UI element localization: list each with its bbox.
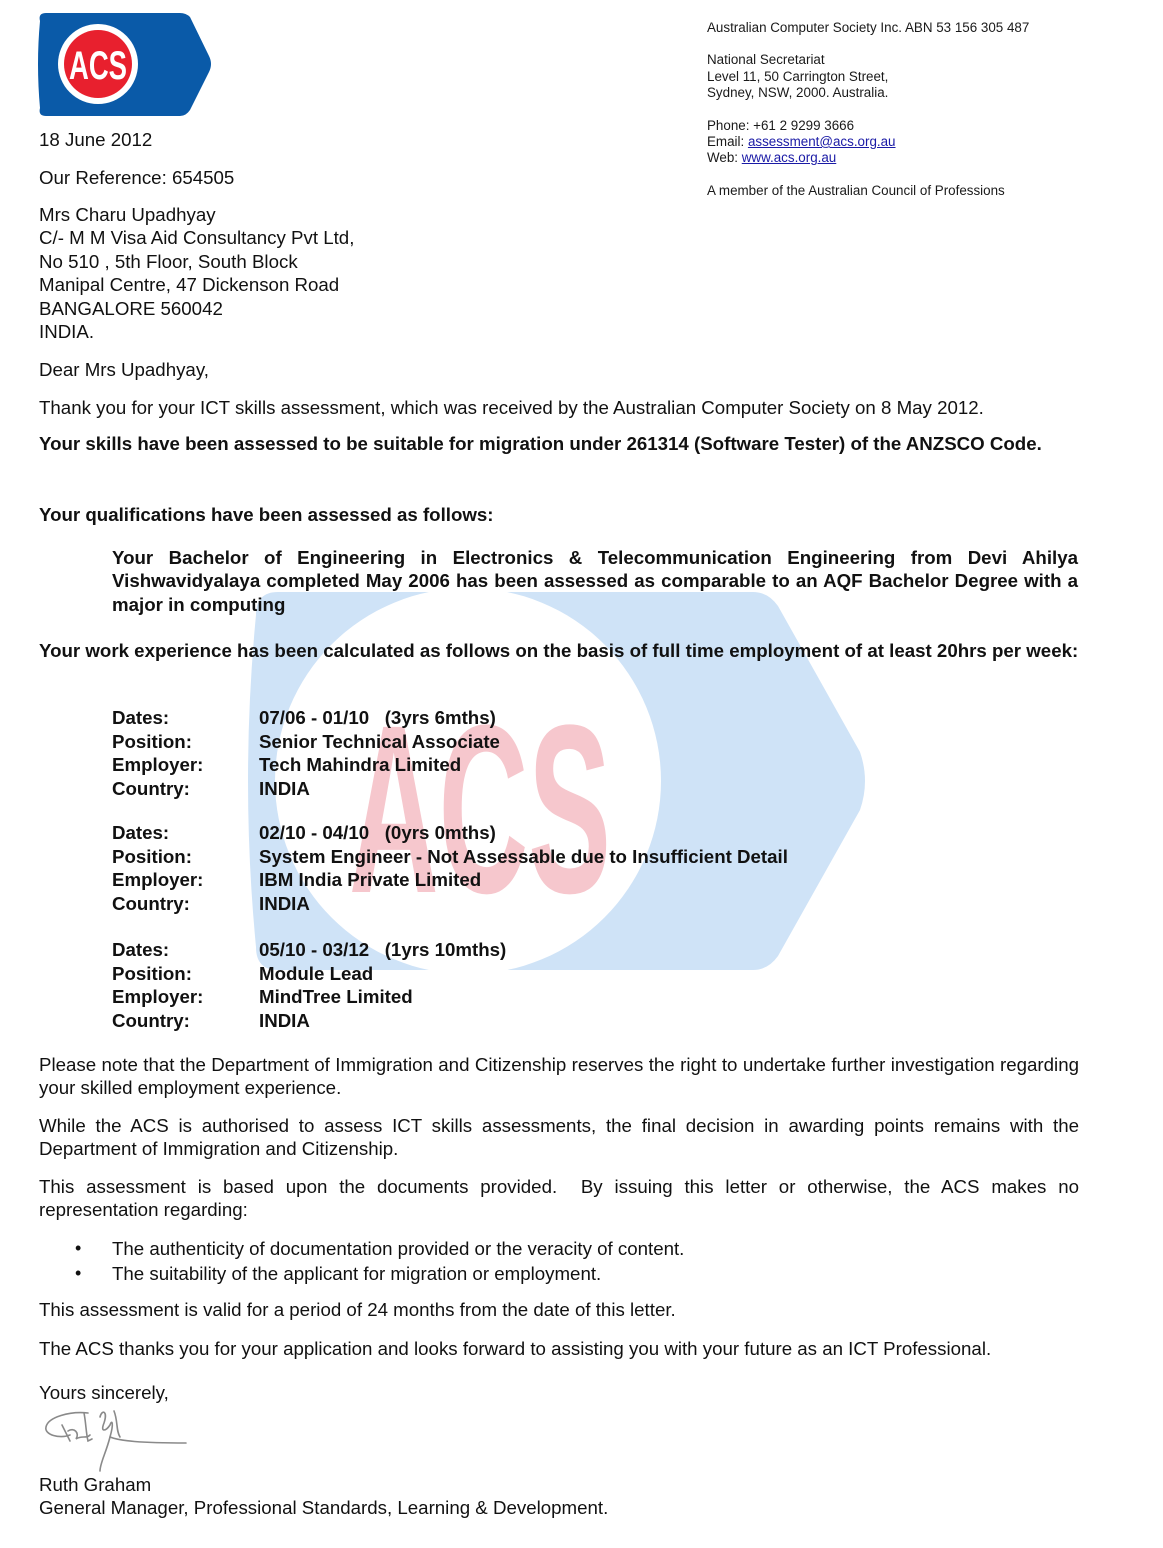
qualifications-heading: Your qualifications have been assessed a… <box>39 503 494 526</box>
job-employer: IBM India Private Limited <box>259 868 481 892</box>
documents-note: This assessment is based upon the docume… <box>39 1175 1079 1222</box>
job-employer: MindTree Limited <box>259 985 413 1009</box>
dates-label: Dates: <box>112 821 259 845</box>
org-office: National Secretariat <box>707 52 1029 68</box>
organisation-details: Australian Computer Society Inc. ABN 53 … <box>707 20 1029 199</box>
org-address-line: Sydney, NSW, 2000. Australia. <box>707 85 1029 101</box>
work-experience-heading: Your work experience has been calculated… <box>39 639 1079 662</box>
recipient-line: C/- M M Visa Aid Consultancy Pvt Ltd, <box>39 226 354 249</box>
email-link[interactable]: assessment@acs.org.au <box>748 134 896 149</box>
recipient-line: Mrs Charu Upadhyay <box>39 203 354 226</box>
salutation: Dear Mrs Upadhyay, <box>39 358 209 381</box>
recipient-line: INDIA. <box>39 320 354 343</box>
recipient-line: BANGALORE 560042 <box>39 297 354 320</box>
svg-text:ACS: ACS <box>69 44 127 88</box>
country-label: Country: <box>112 777 259 801</box>
job-dates: 07/06 - 01/10 (3yrs 6mths) <box>259 706 496 730</box>
job-position: Senior Technical Associate <box>259 730 500 754</box>
job-position: System Engineer - Not Assessable due to … <box>259 845 788 869</box>
employer-label: Employer: <box>112 753 259 777</box>
recipient-line: No 510 , 5th Floor, South Block <box>39 250 354 273</box>
job-country: INDIA <box>259 892 310 916</box>
disclaimer-list: •The authenticity of documentation provi… <box>39 1237 684 1287</box>
position-label: Position: <box>112 962 259 986</box>
web-label: Web: <box>707 150 742 165</box>
bullet-icon: • <box>39 1237 112 1262</box>
closing-thanks: The ACS thanks you for your application … <box>39 1337 991 1360</box>
employer-label: Employer: <box>112 868 259 892</box>
web-link[interactable]: www.acs.org.au <box>742 150 837 165</box>
job-dates: 02/10 - 04/10 (0yrs 0mths) <box>259 821 496 845</box>
signature-image <box>40 1405 190 1473</box>
org-name: Australian Computer Society Inc. ABN 53 … <box>707 20 1029 36</box>
points-note: While the ACS is authorised to assess IC… <box>39 1114 1079 1161</box>
dates-label: Dates: <box>112 938 259 962</box>
employment-entry: Dates:05/10 - 03/12 (1yrs 10mths) Positi… <box>112 938 506 1032</box>
skills-result: Your skills have been assessed to be sui… <box>39 432 1079 455</box>
employment-entry: Dates:07/06 - 01/10 (3yrs 6mths) Positio… <box>112 706 500 800</box>
immigration-note: Please note that the Department of Immig… <box>39 1053 1079 1100</box>
country-label: Country: <box>112 1009 259 1033</box>
org-phone: Phone: +61 2 9299 3666 <box>707 118 1029 134</box>
recipient-address: Mrs Charu Upadhyay C/- M M Visa Aid Cons… <box>39 203 354 343</box>
job-position: Module Lead <box>259 962 373 986</box>
email-label: Email: <box>707 134 748 149</box>
org-membership: A member of the Australian Council of Pr… <box>707 183 1029 199</box>
qualification-detail: Your Bachelor of Engineering in Electron… <box>112 546 1078 616</box>
position-label: Position: <box>112 845 259 869</box>
signer-name: Ruth Graham <box>39 1473 151 1496</box>
thanks-paragraph: Thank you for your ICT skills assessment… <box>39 396 1079 419</box>
dates-label: Dates: <box>112 706 259 730</box>
country-label: Country: <box>112 892 259 916</box>
org-address-line: Level 11, 50 Carrington Street, <box>707 69 1029 85</box>
sign-off: Yours sincerely, <box>39 1381 169 1404</box>
job-country: INDIA <box>259 1009 310 1033</box>
position-label: Position: <box>112 730 259 754</box>
job-dates: 05/10 - 03/12 (1yrs 10mths) <box>259 938 506 962</box>
reference-number: Our Reference: 654505 <box>39 166 234 189</box>
bullet-icon: • <box>39 1262 112 1287</box>
list-item: •The authenticity of documentation provi… <box>39 1237 684 1262</box>
signer-title: General Manager, Professional Standards,… <box>39 1496 608 1519</box>
list-item: •The suitability of the applicant for mi… <box>39 1262 684 1287</box>
acs-logo: ACS <box>38 13 213 116</box>
letter-date: 18 June 2012 <box>39 128 152 151</box>
job-country: INDIA <box>259 777 310 801</box>
employment-entry: Dates:02/10 - 04/10 (0yrs 0mths) Positio… <box>112 821 788 915</box>
job-employer: Tech Mahindra Limited <box>259 753 461 777</box>
validity-note: This assessment is valid for a period of… <box>39 1298 676 1321</box>
recipient-line: Manipal Centre, 47 Dickenson Road <box>39 273 354 296</box>
employer-label: Employer: <box>112 985 259 1009</box>
